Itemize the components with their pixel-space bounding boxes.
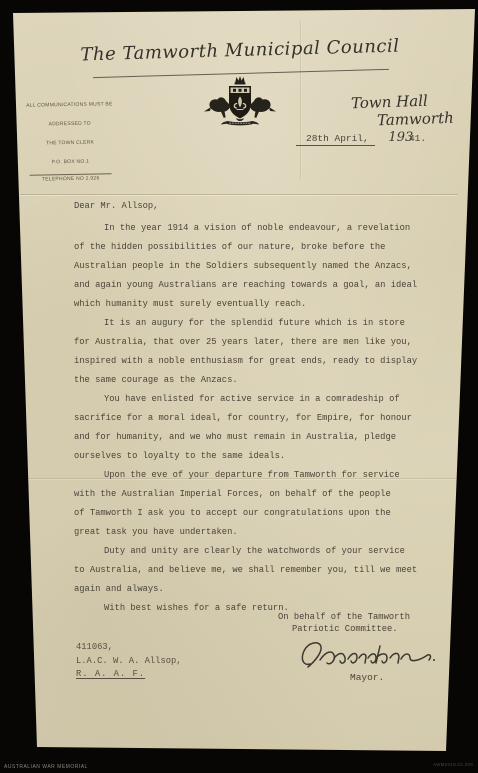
paragraph: Upon the eve of your departure from Tamw… xyxy=(74,466,430,542)
typed-line: which humanity must surely eventually re… xyxy=(74,295,430,314)
archive-catalog-number: AWM2019.22.209 xyxy=(433,762,473,767)
crest-bird-right xyxy=(250,97,276,118)
typed-line: You have enlisted for active service in … xyxy=(74,390,430,409)
typed-line: Australian people in the Soldiers subseq… xyxy=(74,257,430,276)
typed-line: In the year 1914 a vision of noble endea… xyxy=(74,219,430,238)
typed-line: of the hidden possibilities of our natur… xyxy=(74,238,430,257)
notice-lines: ALL COMMUNICATIONS MUST BEADDRESSED TOTH… xyxy=(13,95,126,173)
typed-line: and again young Australians are reaching… xyxy=(74,276,430,295)
recipient-lines: 411063,L.A.C. W. A. Allsop,R. A. A. F. xyxy=(76,641,182,682)
paragraph: You have enlisted for active service in … xyxy=(74,390,430,466)
typed-line: again and always. xyxy=(74,580,430,599)
on-behalf-line: Patriotic Committee. xyxy=(292,624,410,636)
notice-line: ADDRESSED TO xyxy=(14,114,126,135)
typed-line: sacrifice for a moral ideal, for country… xyxy=(74,409,430,428)
recipient-line: L.A.C. W. A. Allsop, xyxy=(76,655,182,669)
salutation: Dear Mr. Allsop, xyxy=(74,197,430,216)
scanned-letter-frame: The Tamworth Municipal Council ALL COMMU… xyxy=(0,0,478,773)
paragraph: In the year 1914 a vision of noble endea… xyxy=(74,219,430,314)
telephone-line: TELEPHONE NO 2.926 xyxy=(15,175,127,184)
signature-title: Mayor. xyxy=(350,672,384,683)
notice-line: ALL COMMUNICATIONS MUST BE xyxy=(13,95,125,116)
date-line: 28th April, 193 41. xyxy=(296,130,426,145)
typed-line: inspired with a noble enthusiasm for gre… xyxy=(74,352,430,371)
municipal-crest-icon xyxy=(198,74,282,140)
on-behalf-block: On behalf of the TamworthPatriotic Commi… xyxy=(278,612,410,635)
typed-line: great task you have undertaken. xyxy=(74,523,430,542)
letter-body: Dear Mr. Allsop, In the year 1914 a visi… xyxy=(74,197,430,618)
letterhead-title: The Tamworth Municipal Council xyxy=(70,35,410,65)
typed-line: for Australia, that over 25 years later,… xyxy=(74,333,430,352)
paragraph: Duty and unity are clearly the watchword… xyxy=(74,542,430,599)
notice-line: P.O. BOX NO.1 xyxy=(14,152,126,173)
typed-line: of Tamworth I ask you to accept our cong… xyxy=(74,504,430,523)
typed-line: the same courage as the Anzacs. xyxy=(74,371,430,390)
letter-paragraphs: In the year 1914 a vision of noble endea… xyxy=(74,219,430,618)
date-day-month: 28th April, xyxy=(296,133,375,146)
communications-notice: ALL COMMUNICATIONS MUST BEADDRESSED TOTH… xyxy=(13,95,127,184)
paper-crease xyxy=(20,194,458,195)
crest-shield xyxy=(229,86,251,119)
typed-line: and for humanity, and we who must remain… xyxy=(74,428,430,447)
archive-institution-caption: AUSTRALIAN WAR MEMORIAL xyxy=(4,764,88,770)
on-behalf-lines: On behalf of the TamworthPatriotic Commi… xyxy=(278,612,410,635)
typed-line: with the Australian Imperial Forces, on … xyxy=(74,485,430,504)
typed-line: Duty and unity are clearly the watchword… xyxy=(74,542,430,561)
typed-line: It is an augury for the splendid future … xyxy=(74,314,430,333)
crest-banner xyxy=(221,121,259,125)
recipient-line: R. A. A. F. xyxy=(76,668,182,682)
recipient-line: 411063, xyxy=(76,641,182,655)
on-behalf-line: On behalf of the Tamworth xyxy=(278,612,410,624)
letter-paper: The Tamworth Municipal Council ALL COMMU… xyxy=(0,0,478,773)
notice-line: THE TOWN CLERK xyxy=(14,133,126,154)
recipient-service-block: 411063,L.A.C. W. A. Allsop,R. A. A. F. xyxy=(76,641,182,682)
place-tamworth: Tamworth xyxy=(377,109,454,130)
paragraph: It is an augury for the splendid future … xyxy=(74,314,430,390)
typed-line: to Australia, and believe me, we shall r… xyxy=(74,561,430,580)
typed-line: Upon the eve of your departure from Tamw… xyxy=(74,466,430,485)
date-typed-year: 41. xyxy=(409,133,426,144)
typed-line: ourselves to loyalty to the same ideals. xyxy=(74,447,430,466)
crest-bird-left xyxy=(204,97,230,118)
crest-crown xyxy=(235,76,246,85)
